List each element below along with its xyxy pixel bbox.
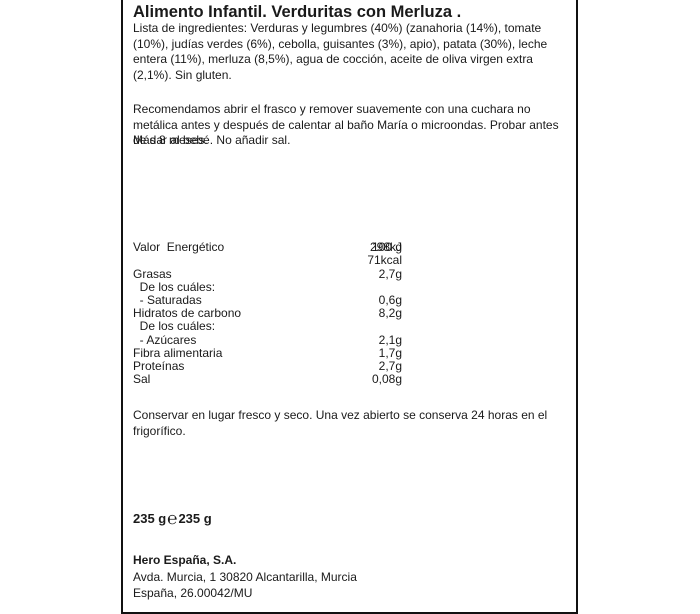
nutrition-row: Grasas2,7g (133, 268, 433, 281)
nutrient-name: De los cuáles: (133, 281, 215, 294)
nutrition-row: De los cuáles: (133, 281, 433, 294)
product-label: Alimento Infantil. Verduritas con Merluz… (121, 0, 578, 614)
nutrient-value: 0,08g (372, 373, 402, 386)
storage-instructions: Conservar en lugar fresco y seco. Una ve… (133, 408, 565, 439)
age-recommendation: Más 8 meses. (133, 133, 565, 149)
nutrient-value: 8,2g (379, 307, 402, 320)
net-weight-value: 235 g (133, 511, 166, 526)
nutrient-value: 1,7g (379, 347, 402, 360)
company-name: Hero España, S.A. (133, 552, 357, 569)
nutrient-value: 71kcal (367, 254, 402, 267)
nutrient-name: Sal (133, 373, 150, 386)
nutrient-name: Valor Energético (133, 241, 224, 254)
net-weight: 235 g℮235 g (133, 508, 212, 528)
nutrient-name: Fibra alimentaria (133, 347, 222, 360)
company-info: Hero España, S.A. Avda. Murcia, 1 30820 … (133, 552, 357, 602)
nutrient-value: 2,7g (379, 268, 402, 281)
nutrient-name: - Azúcares (133, 334, 196, 347)
company-address: Avda. Murcia, 1 30820 Alcantarilla, Murc… (133, 569, 357, 586)
nutrition-row: Fibra alimentaria1,7g (133, 347, 433, 360)
drained-weight-value: 235 g (178, 511, 211, 526)
estimated-sign-icon: ℮ (167, 509, 177, 529)
nutrition-row: De los cuáles: (133, 320, 433, 333)
ingredients-list: Lista de ingredientes: Verduras y legumb… (133, 21, 565, 83)
nutrient-value: 2,1g (379, 334, 402, 347)
nutrition-row: Sal0,08g (133, 373, 433, 386)
nutrition-row: 71kcal (133, 254, 433, 267)
nutrition-row: - Azúcares2,1g (133, 334, 433, 347)
product-title: Alimento Infantil. Verduritas con Merluz… (133, 3, 461, 21)
company-registry: España, 26.00042/MU (133, 585, 357, 602)
nutrient-name: De los cuáles: (133, 320, 215, 333)
nutrition-table: 100 g Valor Energético298kJ71kcalGrasas2… (133, 228, 433, 386)
nutrient-name: Grasas (133, 268, 172, 281)
